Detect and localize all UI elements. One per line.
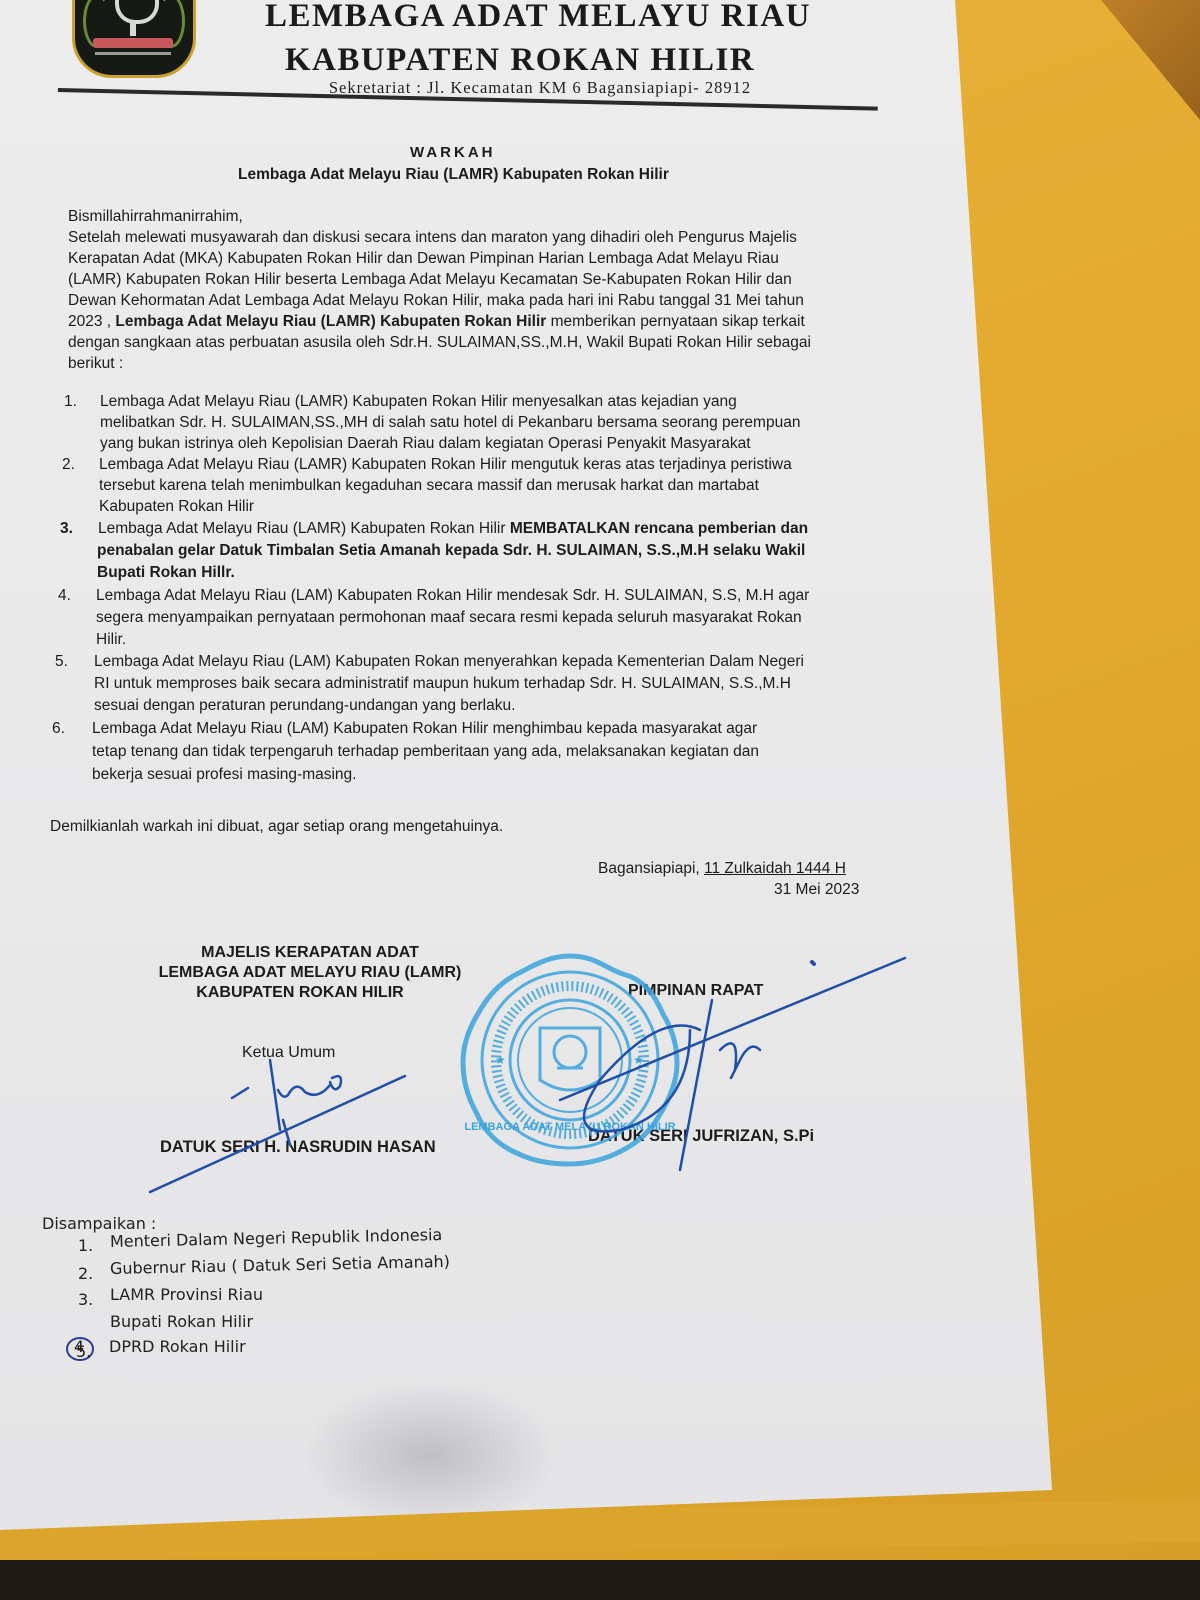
- left-signatory-role: Ketua Umum: [242, 1044, 335, 1062]
- point-line: yang bukan istrinya oleh Kepolisian Daer…: [100, 435, 751, 453]
- distribution-number: 5.: [76, 1342, 91, 1361]
- document-title: WARKAH: [410, 144, 496, 161]
- point-bold-text: MEMBATALKAN rencana pemberian dan: [510, 520, 808, 537]
- document-subtitle: Lembaga Adat Melayu Riau (LAMR) Kabupate…: [238, 166, 669, 184]
- letterhead-org-line1: LEMBAGA ADAT MELAYU RIAU: [228, 0, 848, 35]
- point-line: RI untuk memproses baik secara administr…: [94, 675, 791, 693]
- distribution-number: 3.: [78, 1290, 93, 1309]
- opening-line: Setelah melewati musyawarah dan diskusi …: [68, 229, 797, 247]
- point-line: tersebut karena telah menimbulkan kegadu…: [99, 477, 759, 495]
- opening-line: dengan sangkaan atas perbuatan asusila o…: [68, 334, 811, 352]
- opening-line: Dewan Kehormatan Adat Lembaga Adat Melay…: [68, 292, 804, 310]
- distribution-label: Disampaikan :: [42, 1214, 156, 1233]
- org-line: MAJELIS KERAPATAN ADAT: [140, 944, 480, 962]
- distribution-item: LAMR Provinsi Riau: [110, 1285, 263, 1304]
- point-line: Lembaga Adat Melayu Riau (LAMR) Kabupate…: [98, 520, 808, 538]
- folder-clip: [1090, 0, 1200, 120]
- point-number: 6.: [52, 720, 65, 738]
- letter-document: LEMBAGA ADAT MELAYU RIAU KABUPATEN ROKAN…: [0, 0, 1052, 1530]
- opening-line: berikut :: [68, 355, 123, 373]
- point-number: 2.: [62, 456, 75, 474]
- salutation: Bismillahirrahmanirrahim,: [68, 208, 243, 226]
- point-line: tetap tenang dan tidak terpengaruh terha…: [92, 743, 759, 761]
- left-signatory-name: DATUK SERI H. NASRUDIN HASAN: [160, 1138, 436, 1157]
- left-signatory-org: MAJELIS KERAPATAN ADAT LEMBAGA ADAT MELA…: [140, 944, 480, 1002]
- point-line: Lembaga Adat Melayu Riau (LAM) Kabupaten…: [94, 653, 804, 671]
- point-text: Lembaga Adat Melayu Riau (LAMR) Kabupate…: [98, 520, 510, 537]
- opening-text: 2023 ,: [68, 313, 115, 330]
- svg-text:★: ★: [633, 1053, 644, 1067]
- point-number: 3.: [60, 520, 73, 538]
- point-line: Lembaga Adat Melayu Riau (LAMR) Kabupate…: [100, 393, 737, 411]
- official-stamp: LEMBAGA ADAT MELAYU ROKAN HILIR ★ ★: [455, 950, 685, 1170]
- closing-statement: Demilkianlah warkah ini dibuat, agar set…: [50, 818, 503, 836]
- distribution-number: 2.: [78, 1264, 93, 1283]
- place-date: Bagansiapiapi, 11 Zulkaidah 1444 H: [598, 860, 846, 878]
- opening-line: Kerapatan Adat (MKA) Kabupaten Rokan Hil…: [68, 250, 779, 268]
- point-number: 5.: [55, 653, 68, 671]
- point-number: 1.: [64, 393, 77, 411]
- opening-line: (LAMR) Kabupaten Rokan Hilir beserta Lem…: [68, 271, 792, 289]
- point-line: bekerja sesuai profesi masing-masing.: [92, 766, 356, 784]
- opening-text: memberikan pernyataan sikap terkait: [546, 313, 804, 330]
- distribution-number: 1.: [78, 1236, 93, 1255]
- point-line: Kabupaten Rokan Hilir: [99, 498, 254, 516]
- letterhead-org-line2: KABUPATEN ROKAN HILIR: [210, 42, 830, 79]
- hijri-date: 11 Zulkaidah 1444 H: [704, 860, 846, 877]
- gregorian-date: 31 Mei 2023: [774, 881, 859, 899]
- point-line: Hilir.: [96, 631, 126, 649]
- point-line: segera menyampaikan pernyataan permohona…: [96, 609, 802, 627]
- point-number: 4.: [58, 587, 71, 605]
- point-line: Bupati Rokan Hillr.: [97, 564, 235, 582]
- point-line: penabalan gelar Datuk Timbalan Setia Ama…: [97, 542, 805, 560]
- opening-line: 2023 , Lembaga Adat Melayu Riau (LAMR) K…: [68, 313, 805, 331]
- place: Bagansiapiapi,: [598, 860, 704, 877]
- distribution-item: Gubernur Riau ( Datuk Seri Setia Amanah): [110, 1252, 450, 1278]
- distribution-item: DPRD Rokan Hilir: [109, 1337, 246, 1356]
- org-line: KABUPATEN ROKAN HILIR: [120, 984, 480, 1002]
- point-line: Lembaga Adat Melayu Riau (LAM) Kabupaten…: [96, 587, 809, 605]
- lamr-crest-icon: [72, 0, 196, 78]
- svg-text:★: ★: [495, 1053, 506, 1067]
- distribution-item: Bupati Rokan Hilir: [110, 1312, 253, 1331]
- distribution-item: Menteri Dalam Negeri Republik Indonesia: [110, 1225, 443, 1251]
- point-line: Lembaga Adat Melayu Riau (LAMR) Kabupate…: [99, 456, 792, 474]
- opening-bold-org: Lembaga Adat Melayu Riau (LAMR) Kabupate…: [115, 313, 546, 330]
- point-line: melibatkan Sdr. H. SULAIMAN,SS.,MH di sa…: [100, 414, 800, 432]
- org-line: LEMBAGA ADAT MELAYU RIAU (LAMR): [140, 964, 480, 982]
- svg-text:LEMBAGA ADAT MELAYU ROKAN HILI: LEMBAGA ADAT MELAYU ROKAN HILIR: [464, 1121, 675, 1133]
- point-line: Lembaga Adat Melayu Riau (LAM) Kabupaten…: [92, 720, 757, 738]
- point-line: sesuai dengan peraturan perundang-undang…: [94, 697, 515, 715]
